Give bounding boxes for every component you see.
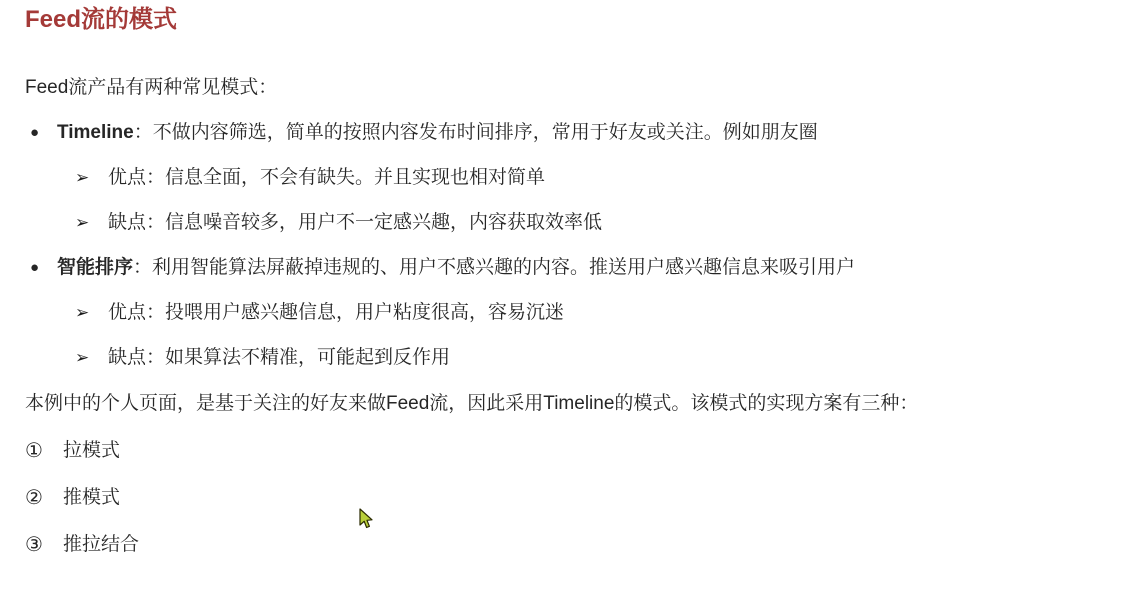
bullet-icon: ● — [30, 121, 57, 145]
term-label: Timeline — [57, 122, 134, 143]
numbered-item: ① 拉模式 — [25, 439, 1134, 463]
list-item: ● Timeline：不做内容筛选，简单的按照内容发布时间排序，常用于好友或关注… — [30, 121, 1134, 145]
sub-list-item-text: 缺点：如果算法不精准，可能起到反作用 — [108, 346, 450, 370]
term-label: 智能排序 — [57, 257, 133, 278]
term-description: ：利用智能算法屏蔽掉违规的、用户不感兴趣的内容。推送用户感兴趣信息来吸引用户 — [133, 257, 855, 278]
intro-paragraph: Feed流产品有两种常见模式： — [25, 76, 1134, 100]
document-page: Feed流的模式 Feed流产品有两种常见模式： ● Timeline：不做内容… — [0, 0, 1134, 591]
numbered-item: ② 推模式 — [25, 486, 1134, 510]
document-content: Feed流的模式 Feed流产品有两种常见模式： ● Timeline：不做内容… — [0, 0, 1134, 557]
list-item: ● 智能排序：利用智能算法屏蔽掉违规的、用户不感兴趣的内容。推送用户感兴趣信息来… — [30, 256, 1134, 280]
arrow-bullet-icon: ➢ — [75, 211, 108, 235]
list-item-text: Timeline：不做内容筛选，简单的按照内容发布时间排序，常用于好友或关注。例… — [57, 121, 818, 145]
closing-paragraph: 本例中的个人页面，是基于关注的好友来做Feed流，因此采用Timeline的模式… — [25, 392, 1134, 416]
sub-list-item-text: 优点：投喂用户感兴趣信息，用户粘度很高，容易沉迷 — [108, 301, 564, 325]
circled-number-icon: ② — [25, 486, 63, 510]
term-description: ：不做内容筛选，简单的按照内容发布时间排序，常用于好友或关注。例如朋友圈 — [134, 122, 818, 143]
circled-number-icon: ① — [25, 439, 63, 463]
numbered-item-label: 拉模式 — [63, 439, 120, 463]
arrow-bullet-icon: ➢ — [75, 301, 108, 325]
numbered-item: ③ 推拉结合 — [25, 533, 1134, 557]
circled-number-icon: ③ — [25, 533, 63, 557]
arrow-bullet-icon: ➢ — [75, 346, 108, 370]
arrow-bullet-icon: ➢ — [75, 166, 108, 190]
bullet-icon: ● — [30, 256, 57, 280]
list-item-text: 智能排序：利用智能算法屏蔽掉违规的、用户不感兴趣的内容。推送用户感兴趣信息来吸引… — [57, 256, 855, 280]
sub-list-item: ➢ 优点：投喂用户感兴趣信息，用户粘度很高，容易沉迷 — [75, 301, 1134, 325]
numbered-item-label: 推拉结合 — [63, 533, 139, 557]
page-title: Feed流的模式 — [25, 6, 1134, 34]
sub-list-item: ➢ 缺点：信息噪音较多，用户不一定感兴趣，内容获取效率低 — [75, 211, 1134, 235]
sub-list-item: ➢ 缺点：如果算法不精准，可能起到反作用 — [75, 346, 1134, 370]
sub-list-item-text: 缺点：信息噪音较多，用户不一定感兴趣，内容获取效率低 — [108, 211, 602, 235]
numbered-item-label: 推模式 — [63, 486, 120, 510]
sub-list-item-text: 优点：信息全面，不会有缺失。并且实现也相对简单 — [108, 166, 545, 190]
sub-list-item: ➢ 优点：信息全面，不会有缺失。并且实现也相对简单 — [75, 166, 1134, 190]
